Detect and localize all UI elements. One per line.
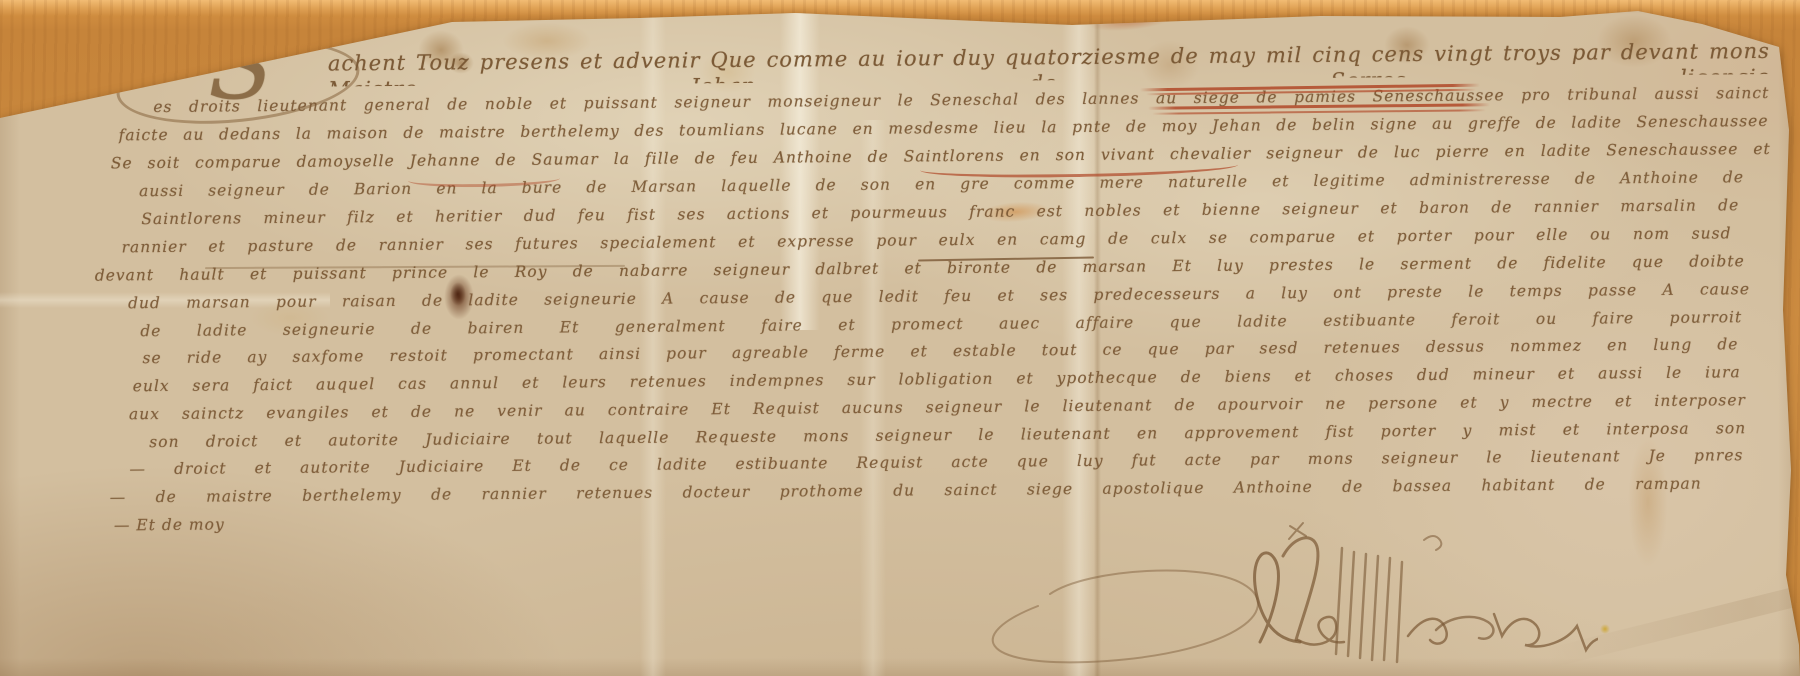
manuscript-line: — Et de moy [114, 514, 434, 543]
parchment-sheet: S achent Touz presens et advenir Que com… [0, 0, 1800, 676]
notary-signature-flourish [938, 514, 1598, 676]
manuscript-line: achent Touz presens et advenir Que comme… [328, 38, 1770, 86]
photo-of-parchment-document: S achent Touz presens et advenir Que com… [0, 0, 1800, 676]
